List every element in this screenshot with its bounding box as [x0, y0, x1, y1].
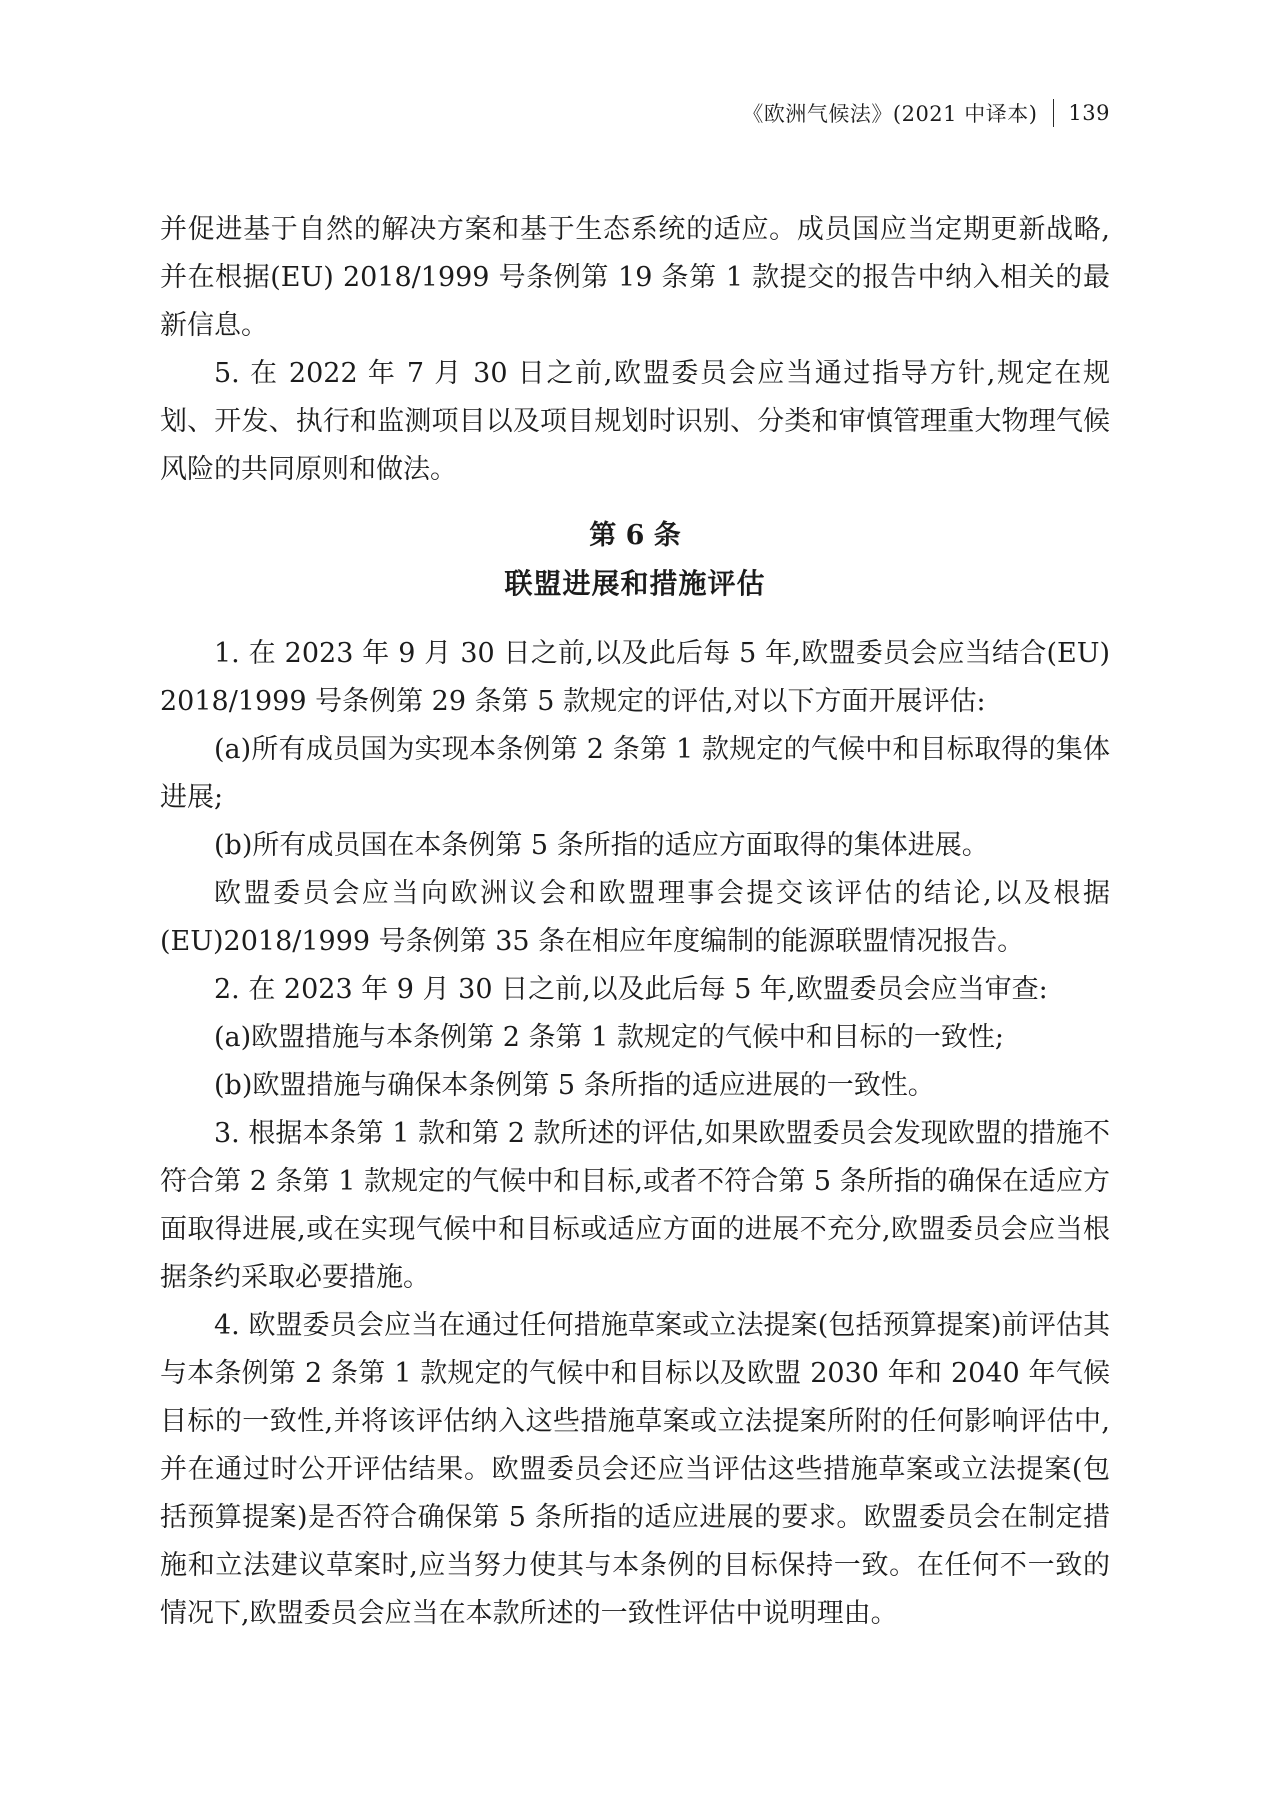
- book-page: 《欧洲气候法》(2021 中译本) 139 并促进基于自然的解决方案和基于生态系…: [0, 0, 1269, 1804]
- page-number: 139: [1068, 101, 1110, 125]
- paragraph-conclusions-report: 欧盟委员会应当向欧洲议会和欧盟理事会提交该评估的结论,以及根据(EU)2018/…: [160, 870, 1110, 966]
- paragraph-clause-1: 1. 在 2023 年 9 月 30 日之前,以及此后每 5 年,欧盟委员会应当…: [160, 630, 1110, 726]
- header-divider: [1053, 99, 1054, 127]
- running-head-title: 《欧洲气候法》(2021 中译本): [742, 98, 1037, 128]
- article-title: 联盟进展和措施评估: [160, 560, 1110, 608]
- paragraph-clause-2b: (b)欧盟措施与确保本条例第 5 条所指的适应进展的一致性。: [160, 1062, 1110, 1110]
- page-header: 《欧洲气候法》(2021 中译本) 139: [160, 98, 1110, 128]
- paragraph-clause-4: 4. 欧盟委员会应当在通过任何措施草案或立法提案(包括预算提案)前评估其与本条例…: [160, 1302, 1110, 1638]
- paragraph-clause-3: 3. 根据本条第 1 款和第 2 款所述的评估,如果欧盟委员会发现欧盟的措施不符…: [160, 1110, 1110, 1302]
- paragraph-adaptation-strategy: 并促进基于自然的解决方案和基于生态系统的适应。成员国应当定期更新战略,并在根据(…: [160, 206, 1110, 350]
- paragraph-clause-5: 5. 在 2022 年 7 月 30 日之前,欧盟委员会应当通过指导方针,规定在…: [160, 350, 1110, 494]
- article-number: 第 6 条: [160, 512, 1110, 560]
- page-body: 并促进基于自然的解决方案和基于生态系统的适应。成员国应当定期更新战略,并在根据(…: [160, 206, 1110, 1638]
- article-heading: 第 6 条 联盟进展和措施评估: [160, 512, 1110, 608]
- paragraph-clause-1a: (a)所有成员国为实现本条例第 2 条第 1 款规定的气候中和目标取得的集体进展…: [160, 726, 1110, 822]
- paragraph-clause-2a: (a)欧盟措施与本条例第 2 条第 1 款规定的气候中和目标的一致性;: [160, 1014, 1110, 1062]
- paragraph-clause-2: 2. 在 2023 年 9 月 30 日之前,以及此后每 5 年,欧盟委员会应当…: [160, 966, 1110, 1014]
- paragraph-clause-1b: (b)所有成员国在本条例第 5 条所指的适应方面取得的集体进展。: [160, 822, 1110, 870]
